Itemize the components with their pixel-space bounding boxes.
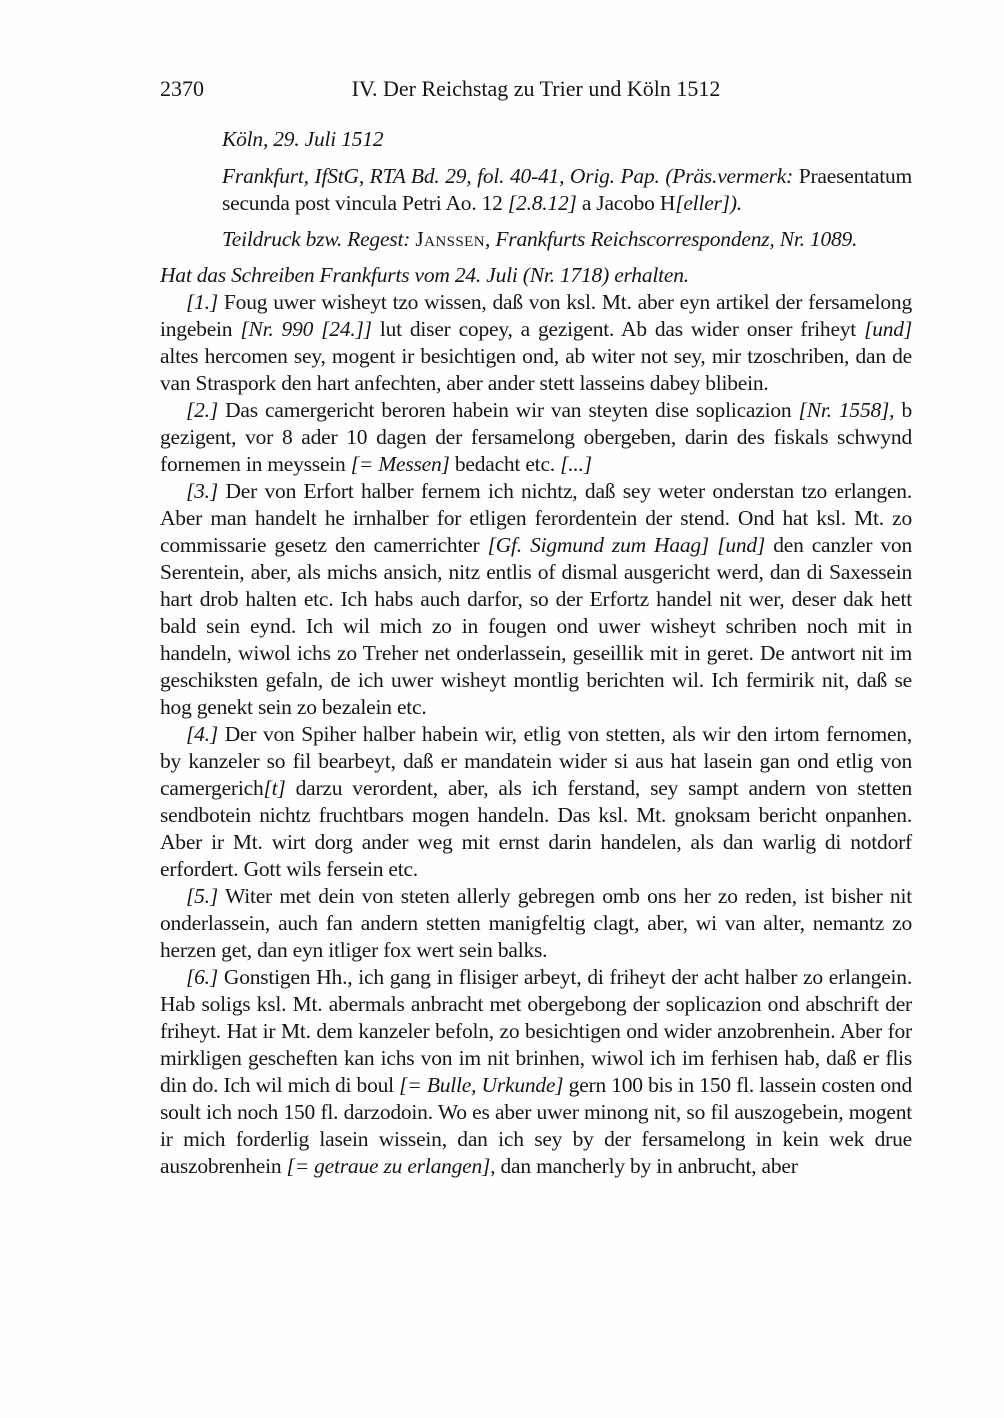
italic-run: [eller]). (675, 191, 742, 215)
dateline: Köln, 29. Juli 1512 (222, 126, 912, 153)
text-run: bedacht etc. (450, 452, 560, 476)
body-paragraph: [6.] Gonstigen Hh., ich gang in flisiger… (160, 964, 912, 1180)
italic-run: [5.] (186, 884, 218, 908)
italic-run: [2.] (186, 398, 218, 422)
italic-run: [und] (864, 317, 912, 341)
italic-run: [= getraue zu erlangen] (287, 1154, 491, 1178)
text-run: a Jacobo H (577, 191, 676, 215)
italic-run: [= Messen] (351, 452, 450, 476)
text-block: 2370 IV. Der Reichstag zu Trier und Köln… (160, 76, 912, 1180)
italic-run: [3.] (186, 479, 218, 503)
text-run: , (485, 227, 495, 251)
body-paragraph: [3.] Der von Erfort halber fernem ich ni… (160, 478, 912, 721)
italic-run: [2.8.12] (508, 191, 577, 215)
body-paragraph: [2.] Das camergericht beroren habein wir… (160, 397, 912, 478)
italic-run: [...] (560, 452, 592, 476)
text-run: lut diser copey, a gezigent. Ab das wide… (372, 317, 864, 341)
italic-run: [1.] (186, 290, 218, 314)
smallcaps-run: Janssen (415, 227, 485, 251)
italic-run: Teildruck bzw. Regest: (222, 227, 415, 251)
italic-run: [4.] (186, 722, 218, 746)
source-citation: Frankfurt, IfStG, RTA Bd. 29, fol. 40-41… (222, 163, 912, 217)
text-run: , dan mancherly by in anbrucht, aber (490, 1154, 797, 1178)
italic-run: Frankfurts Reichscorrespondenz, Nr. 1089… (495, 227, 857, 251)
body-paragraphs: [1.] Foug uwer wisheyt tzo wissen, daß v… (160, 289, 912, 1180)
text-run: Witer met dein von steten allerly gebreg… (160, 884, 912, 962)
italic-run: [Nr. 1558] (799, 398, 890, 422)
regest-citation: Teildruck bzw. Regest: Janssen, Frankfur… (222, 226, 912, 253)
summary-line: Hat das Schreiben Frankfurts vom 24. Jul… (160, 262, 912, 289)
book-page: 2370 IV. Der Reichstag zu Trier und Köln… (0, 0, 1004, 1418)
body-paragraph: [4.] Der von Spiher halber habein wir, e… (160, 721, 912, 883)
document-entry: Köln, 29. Juli 1512 Frankfurt, IfStG, RT… (160, 126, 912, 1180)
body-paragraph: [5.] Witer met dein von steten allerly g… (160, 883, 912, 964)
italic-run: [Gf. Sigmund zum Haag] [und] (488, 533, 766, 557)
running-title: IV. Der Reichstag zu Trier und Köln 1512 (160, 76, 912, 102)
text-run: den canzler von Serentein, aber, als mic… (160, 533, 912, 719)
italic-run: [= Bulle, Urkunde] (399, 1073, 563, 1097)
body-paragraph: [1.] Foug uwer wisheyt tzo wissen, daß v… (160, 289, 912, 397)
page-header: 2370 IV. Der Reichstag zu Trier und Köln… (160, 76, 912, 104)
italic-run: [Nr. 990 [24.]] (240, 317, 372, 341)
italic-run: [t] (263, 776, 285, 800)
text-run: Das camergericht beroren habein wir van … (218, 398, 799, 422)
italic-run: [6.] (186, 965, 218, 989)
text-run: altes hercomen sey, mogent ir besichtige… (160, 344, 912, 395)
italic-run: Frankfurt, IfStG, RTA Bd. 29, fol. 40-41… (222, 164, 799, 188)
